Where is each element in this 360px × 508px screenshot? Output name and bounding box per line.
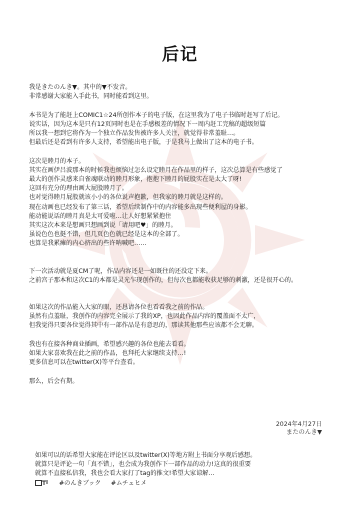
text-line: 非常感谢大家能入手此书，同时能看到这里。 xyxy=(29,92,354,101)
text-line: 也对觉得睦月屁股就该小小的各位说声抱歉，但我家的睦月就是这样的。 xyxy=(29,193,354,202)
hashtag[interactable]: #のんきブック xyxy=(59,479,101,488)
text-line: 如果大家喜欢我在此之前的作品，也拜托大家继续支持…! xyxy=(29,349,354,358)
text-line: 但我觉得只要各位觉得其中有一部作品是有意思的，那读其他那些应该都不会无聊。 xyxy=(29,321,354,330)
text-line: 我也有在接各种商业插画，希望感兴趣的各位也能去看看。 xyxy=(29,340,354,349)
text-line: 我是きたのんき▼。其中的▼不发音。 xyxy=(29,83,354,92)
text-line: 其实这次本来是想画只想画到说「请用吧♥」的睦月。 xyxy=(29,221,354,230)
text-line: 现在动画也已经发布了第三话，希望后续制作中的内容能多出现些便利屋的身影。 xyxy=(29,203,354,212)
text-line: 更多信息可以在twitter(X)等平台查看。 xyxy=(29,358,354,367)
text-line: 本书是为了能赶上COMIC1☆24所创作本子的电子版，在这里我为了电子书临时赶写… xyxy=(29,111,354,120)
text-line: 能动能说话的睦月真是太可爱啦…让人好想紧紧抱住 xyxy=(29,212,354,221)
text-line: 下一次活动就是夏CM了呢，作品内容还是一如既往的还没定下来。 xyxy=(29,267,354,276)
tag-icon xyxy=(35,480,49,486)
footer-line: 如果可以的话希望大家能在评论区以及twitter(X)等地方附上书面分享观后感想… xyxy=(35,451,355,460)
text-line: 但最后还是看到有许多人支持，希望能出电子版，于是我马上做出了这本的电子书。 xyxy=(29,138,354,147)
text-line: 虽然有点羞耻，我创作的内容完全展示了我的XP，也因此作品内容的覆盖面不太广， xyxy=(29,312,354,321)
page-title: 后记 xyxy=(0,40,360,65)
intro-paragraph: 我是きたのんき▼。其中的▼不发音。 非常感谢大家能入手此书，同时能看到这里。 xyxy=(29,83,354,101)
hashtag-row: #のんきブック #ムチュヒメ xyxy=(35,479,355,488)
signature-author: またのんき▼ xyxy=(276,429,322,437)
footer-line: 就算不直接私信我，我也会看大家打了tag的推文!希望大家谅解… xyxy=(35,469,355,478)
text-line: 如果这次的作品能入大家的眼，还恳请各位也看看我之前的作品。 xyxy=(29,303,354,312)
text-line: 也算是我累瘫的内心挤出的些许呐喊吧…… xyxy=(29,239,354,248)
footer-line: 就算只是评论一句「真不错」，也会成为我创作下一部作品的动力!这真的很重要 xyxy=(35,460,355,469)
text-line: 虽说色色也挺不错，但几页色色就已经是这本的全部了。 xyxy=(29,230,354,239)
ebook-paragraph: 本书是为了能赶上COMIC1☆24所创作本子的电子版，在这里我为了电子书临时赶写… xyxy=(29,111,354,148)
text-line: 之前宫子那本和这次C1的本都是灵光乍现创作的，但每次也都能收获足够的刺激，还是很… xyxy=(29,276,354,285)
hashtag[interactable]: #ムチュヒメ xyxy=(111,479,147,488)
previous-works-paragraph: 如果这次的作品能入大家的眼，还恳请各位也看看我之前的作品。 虽然有点羞耻，我创作… xyxy=(29,303,354,331)
signature-date: 2024年4月27日 xyxy=(276,421,322,429)
mutsuki-paragraph: 这次是睦月的本子。 其实在画伊吕波那本的时候我也烦恼过怎么设定睦月在作品里的样子… xyxy=(29,157,354,249)
text-line: 那么，后会有期。 xyxy=(29,377,354,386)
farewell-paragraph: 那么，后会有期。 xyxy=(29,377,354,386)
next-event-paragraph: 下一次活动就是夏CM了呢，作品内容还是一如既往的还没定下来。 之前宫子那本和这次… xyxy=(29,267,354,285)
footer-note: 如果可以的话希望大家能在评论区以及twitter(X)等地方附上书面分享观后感想… xyxy=(35,451,355,488)
text-line: 其实在画伊吕波那本的时候我也烦恼过怎么设定睦月在作品里的样子，这次总算是有些感觉… xyxy=(29,166,354,175)
text-line: 说实话，因为这本是只有12页同时也是在手感极差的情况下一周内赶工完稿的超级短篇 xyxy=(29,120,354,129)
commissions-paragraph: 我也有在接各种商业插画，希望感兴趣的各位也能去看看。 如果大家喜欢我在此之前的作… xyxy=(29,340,354,368)
text-line: 最大的创作灵感来自雀魂联动的睦月形象，抱抱下睦月的屁股实在是太大了呀! xyxy=(29,175,354,184)
text-line: 所以我一想到它将作为一个独立作品发售被许多人关注，就觉得非常羞耻…。 xyxy=(29,129,354,138)
text-line: 这次是睦月的本子。 xyxy=(29,157,354,166)
text-line: 这回有充分的理由画大屁股睦月了。 xyxy=(29,184,354,193)
signature-block: 2024年4月27日 またのんき▼ xyxy=(276,421,322,436)
afterword-body: 我是きたのんき▼。其中的▼不发音。 非常感谢大家能入手此书，同时能看到这里。 本… xyxy=(29,83,354,386)
